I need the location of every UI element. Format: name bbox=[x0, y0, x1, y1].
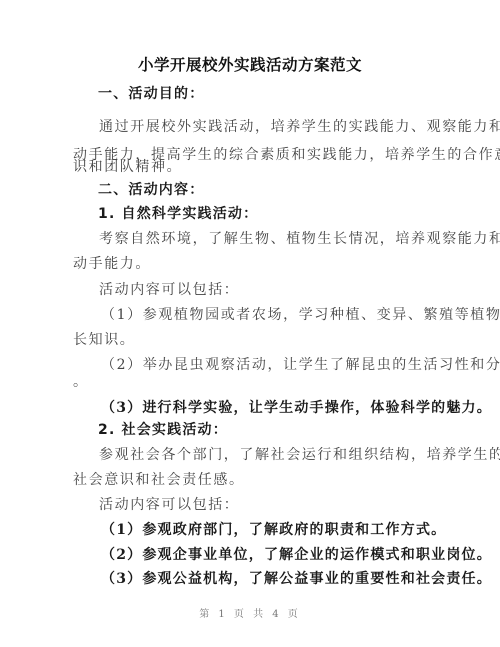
list-item: （1）参观植物园或者农场，学习种植、变异、繁殖等植物生 bbox=[101, 306, 500, 324]
list-item-continuation: 。 bbox=[73, 373, 89, 391]
section-heading-content: 二、活动内容： bbox=[98, 181, 204, 199]
section-heading-purpose: 一、活动目的： bbox=[98, 85, 204, 103]
list-item: （3）参观公益机构，了解公益事业的重要性和社会责任。 bbox=[101, 570, 492, 588]
paragraph-line: 通过开展校外实践活动，培养学生的实践能力、观察能力和 bbox=[99, 118, 500, 136]
document-title: 小学开展校外实践活动方案范文 bbox=[0, 56, 500, 74]
paragraph-line: 社会意识和社会责任感。 bbox=[73, 471, 245, 489]
document-page: 小学开展校外实践活动方案范文 一、活动目的： 通过开展校外实践活动，培养学生的实… bbox=[0, 0, 500, 647]
paragraph-line: 活动内容可以包括： bbox=[99, 496, 239, 514]
paragraph-line: 参观社会各个部门，了解社会运行和组织结构，培养学生的 bbox=[99, 446, 500, 464]
paragraph-line: 考察自然环境，了解生物、植物生长情况，培养观察能力和 bbox=[99, 230, 500, 248]
list-item: （1）参观政府部门，了解政府的职责和工作方式。 bbox=[101, 521, 446, 539]
page-number-footer: 第 1 页 共 4 页 bbox=[0, 605, 500, 620]
subsection-heading-social: 2. 社会实践活动： bbox=[98, 421, 228, 439]
paragraph-line: 活动内容可以包括： bbox=[99, 281, 239, 299]
list-item: （2）参观企事业单位，了解企业的运作模式和职业岗位。 bbox=[101, 546, 492, 564]
subsection-heading-science: 1. 自然科学实践活动： bbox=[98, 205, 258, 223]
list-item-continuation: 长知识。 bbox=[73, 331, 135, 349]
list-item: （2）举办昆虫观察活动，让学生了解昆虫的生活习性和分类 bbox=[101, 356, 500, 374]
list-item: （3）进行科学实验，让学生动手操作，体验科学的魅力。 bbox=[101, 399, 492, 417]
paragraph-line: 识和团队精神。 bbox=[73, 158, 182, 176]
paragraph-line: 动手能力。 bbox=[73, 255, 151, 273]
